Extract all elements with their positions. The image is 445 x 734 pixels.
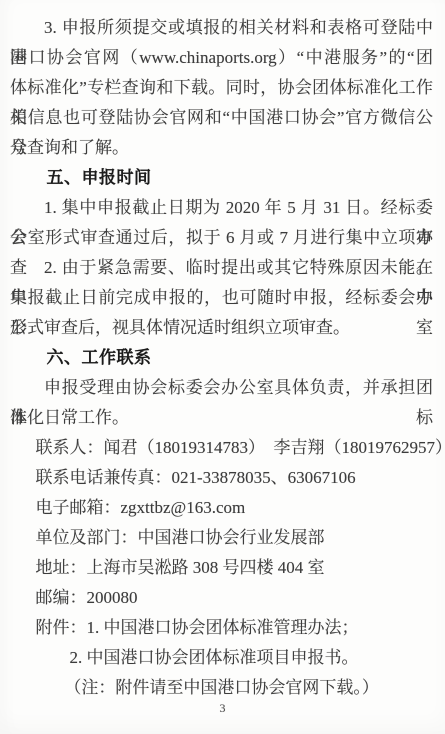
contact-email-line: 电子邮箱：zgxttbz@163.com — [10, 493, 433, 523]
document-body: 3. 申报所须提交或填报的相关材料和表格可登陆中国 港口协会官网（www.chi… — [10, 13, 433, 703]
section6-intro-line-1: 申报受理由协会标委会办公室具体负责，并承担团体标 — [10, 373, 433, 403]
section6-heading: 六、工作联系 — [10, 343, 433, 373]
section5-para2-line-1: 2. 由于紧急需要、临时提出或其它特殊原因未能在集中 — [10, 253, 433, 283]
attachment-note-line: （注：附件请至中国港口协会官网下载。） — [10, 673, 433, 703]
contact-address-line: 地址：上海市吴淞路 308 号四楼 404 室 — [10, 553, 433, 583]
section5-para1-line-2: 公室形式审查通过后，拟于 6 月或 7 月进行集中立项审查。 — [10, 223, 433, 253]
section5-para2-line-2: 申报截止日前完成申报的，也可随时申报，经标委会办公室 — [10, 283, 433, 313]
para3-line-2: 港口协会官网（www.chinaports.org）“中港服务”的“团 — [10, 43, 433, 73]
contact-postcode-line: 邮编：200080 — [10, 583, 433, 613]
para3-line-5: 号查询和了解。 — [10, 133, 433, 163]
section5-heading: 五、申报时间 — [10, 163, 433, 193]
contact-persons-line: 联系人：闻君（18019314783） 李吉翔（18019762957） — [10, 433, 433, 463]
para3-line-4: 关信息也可登陆协会官网和“中国港口协会”官方微信公众 — [10, 103, 433, 133]
footer-page-number: 3 — [0, 700, 445, 716]
contact-phone-fax-line: 联系电话兼传真：021-33878035、63067106 — [10, 463, 433, 493]
section5-para1-line-1: 1. 集中申报截止日期为 2020 年 5 月 31 日。经标委会办 — [10, 193, 433, 223]
para3-line-1: 3. 申报所须提交或填报的相关材料和表格可登陆中国 — [10, 13, 433, 43]
scanned-document-page: 3. 申报所须提交或填报的相关材料和表格可登陆中国 港口协会官网（www.chi… — [0, 0, 445, 734]
attachment-item-2-line: 2. 中国港口协会团体标准项目申报书。 — [10, 643, 433, 673]
para3-line-3: 体标准化”专栏查询和下载。同时，协会团体标准化工作相 — [10, 73, 433, 103]
contact-department-line: 单位及部门：中国港口协会行业发展部 — [10, 523, 433, 553]
attachment-item-1-line: 附件：1. 中国港口协会团体标准管理办法； — [10, 613, 433, 643]
